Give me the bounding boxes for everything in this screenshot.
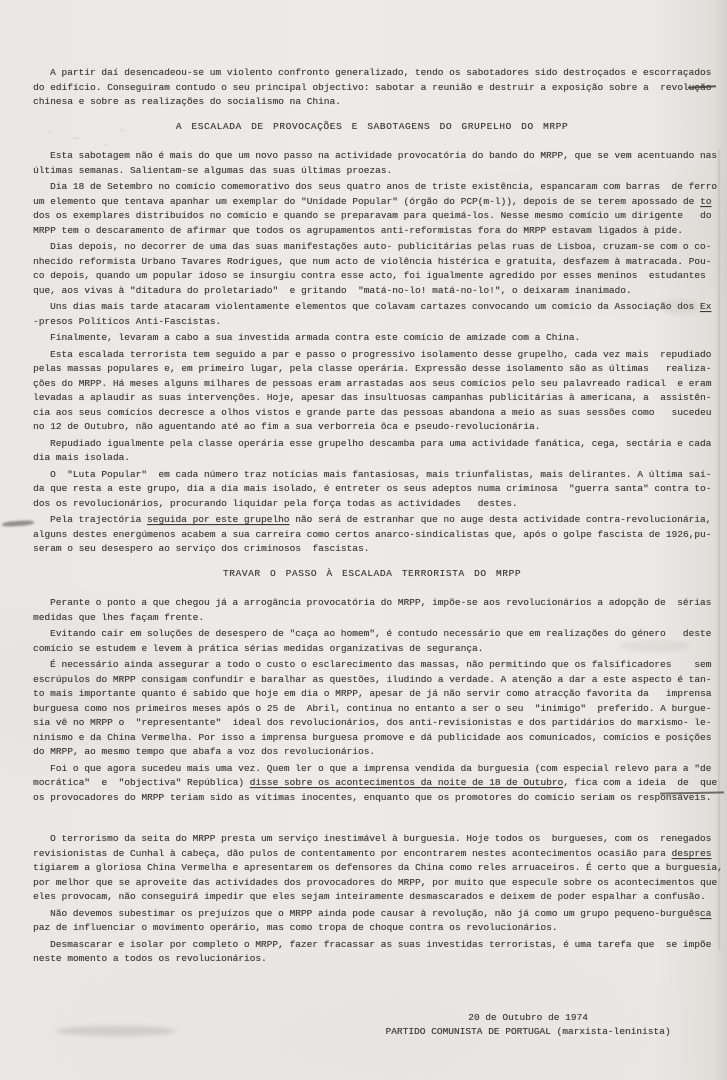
text-line: escrúpulos do MRPP consigam confundir e …: [33, 673, 711, 688]
paragraph: O "Luta Popular" em cada número traz not…: [33, 468, 711, 512]
paragraph: Evitando cair em soluções de desespero d…: [33, 627, 711, 656]
text-line: dos os revolucionários, procurando liqui…: [33, 497, 711, 512]
text-line: cia aos seus comícios decresce a olhos v…: [33, 406, 711, 421]
paragraph: Esta sabotagem não é mais do que um novo…: [33, 149, 711, 178]
paragraph: O terrorismo da seita do MRPP presta um …: [33, 832, 711, 905]
text-line: neste momento a todos os revolucionários…: [33, 952, 711, 967]
text-line: ções do MRPP. Há meses alguns milhares d…: [33, 377, 711, 392]
paragraph: A partir daí desencadeou-se um violento …: [33, 66, 711, 110]
text-segment: Pela trajectória: [50, 514, 147, 525]
text-line: Desmascarar e isolar por completo o MRPP…: [33, 938, 711, 953]
text-segment: Uns dias mais tarde atacaram violentamen…: [50, 301, 700, 312]
text-line: da que resta a este grupo, dia a dia mai…: [33, 482, 711, 497]
paragraph: Dia 18 de Setembro no comício comemorati…: [33, 180, 711, 238]
text-line: revisionistas de Cunhal à cabeça, dão pu…: [33, 847, 711, 862]
text-segment: , fica com a ideia de que: [563, 777, 717, 788]
signature-date: 20 de Outubro de 1974: [379, 1011, 677, 1026]
text-line: Pela trajectória seguida por este grupel…: [33, 513, 711, 528]
text-line: É necessário ainda assegurar a todo o cu…: [33, 658, 711, 673]
text-line: ninismo e da China Vermelha. Por isso a …: [33, 731, 711, 746]
text-line: mocrática" e "objectiva" República) diss…: [33, 776, 711, 791]
text-line: pelas massas populares e, em primeiro lu…: [33, 362, 711, 377]
text-line: chinesa e sobre as realizações do social…: [33, 95, 711, 110]
text-line: sia vê no MRPP o "representante" ideal d…: [33, 716, 711, 731]
paragraph: Dias depois, no decorrer de uma das suas…: [33, 240, 711, 298]
underlined-text-segment: seguida por este grupelho: [147, 514, 290, 525]
paragraph: Pela trajectória seguida por este grupel…: [33, 513, 711, 557]
underlined-text-segment: Ex: [700, 301, 711, 312]
text-line: Uns dias mais tarde atacaram violentamen…: [33, 300, 711, 315]
paragraph: Não devemos subestimar os prejuízos que …: [33, 907, 711, 936]
underlined-text-segment: ca: [700, 908, 711, 919]
paragraph: Foi o que agora sucedeu mais uma vez. Qu…: [33, 762, 711, 806]
text-line: Dia 18 de Setembro no comício comemorati…: [33, 180, 711, 195]
signature-organization: PARTIDO COMUNISTA DE PORTUGAL (marxista-…: [379, 1025, 677, 1040]
text-line: burguesa como nos primeiros meses após o…: [33, 702, 711, 717]
section-heading: TRAVAR O PASSO À ESCALADA TERRORISTA DO …: [33, 567, 711, 582]
text-line: Repudiado igualmente pela classe operári…: [33, 437, 711, 452]
text-line: do MRPP, ao mesmo tempo que abafa a voz …: [33, 745, 711, 760]
text-line: seram o seu desespero ao serviço dos cri…: [33, 542, 711, 557]
text-line: alguns destes energúmenos acabem a sua c…: [33, 528, 711, 543]
text-line: paz de influenciar o movimento operário,…: [33, 921, 711, 936]
text-line: dos os exemplares distribuídos no comíci…: [33, 209, 711, 224]
section-heading: A ESCALADA DE PROVOCAÇÕES E SABOTAGENS D…: [33, 120, 711, 135]
text-line: Finalmente, levaram a cabo a sua investi…: [33, 331, 711, 346]
text-line: Foi o que agora sucedeu mais uma vez. Qu…: [33, 762, 711, 777]
text-line: um elemento que tentava apanhar um exemp…: [33, 195, 711, 210]
text-segment: mocrática" e "objectiva" República): [33, 777, 250, 788]
text-segment: não será de estranhar que no auge desta …: [289, 514, 711, 525]
text-line: últimas semanas. Salientam-se algumas da…: [33, 164, 711, 179]
text-line: por melhor que se aproveite das activida…: [33, 876, 711, 891]
text-line: to mais importante quanto é sabido que h…: [33, 687, 711, 702]
underlined-text-segment: despres: [672, 848, 712, 859]
text-line: tigiarem a gloriosa China Vermelha e apr…: [33, 861, 711, 876]
paragraph: Uns dias mais tarde atacaram violentamen…: [33, 300, 711, 329]
paragraph: Repudiado igualmente pela classe operári…: [33, 437, 711, 466]
text-line: que, aos vivas à "ditadura do proletaria…: [33, 284, 711, 299]
margin-pen-mark: [2, 520, 34, 527]
text-line: O terrorismo da seita do MRPP presta um …: [33, 832, 711, 847]
text-segment: revisionistas de Cunhal à cabeça, dão pu…: [33, 848, 672, 859]
text-segment: Não devemos subestimar os prejuízos que …: [50, 908, 700, 919]
text-line: Esta escalada terrorista tem seguido a p…: [33, 348, 711, 363]
underlined-text-segment: to: [700, 196, 711, 207]
text-line: nhecido reformista Urbano Tavares Rodrig…: [33, 255, 711, 270]
text-line: Evitando cair em soluções de desespero d…: [33, 627, 711, 642]
paragraph: Esta escalada terrorista tem seguido a p…: [33, 348, 711, 435]
paragraph: Perante o ponto a que chegou já a arrogâ…: [33, 596, 711, 625]
text-line: do edifício. Conseguiram contudo o seu p…: [33, 81, 711, 96]
paragraph: Finalmente, levaram a cabo a sua investi…: [33, 331, 711, 346]
text-line: eles provocam, não conseguirá impedir qu…: [33, 890, 711, 905]
text-segment: um elemento que tentava apanhar um exemp…: [33, 196, 700, 207]
text-line: O "Luta Popular" em cada número traz not…: [33, 468, 711, 483]
text-line: Perante o ponto a que chegou já a arrogâ…: [33, 596, 711, 611]
scanned-document-page: A partir daí desencadeou-se um violento …: [0, 0, 727, 1080]
document-body: A partir daí desencadeou-se um violento …: [33, 66, 711, 1040]
text-line: dia mais isolada.: [33, 451, 711, 466]
text-line: MRPP tem o descaramento de afirmar que t…: [33, 224, 711, 239]
text-line: levadas a aplaudir as suas intervenções.…: [33, 391, 711, 406]
text-line: medidas que lhes façam frente.: [33, 611, 711, 626]
scan-edge-streak: [718, 150, 720, 950]
paragraph: Desmascarar e isolar por completo o MRPP…: [33, 938, 711, 967]
text-line: no 12 de Outubro, não aguentando até ao …: [33, 420, 711, 435]
text-line: Dias depois, no decorrer de uma das suas…: [33, 240, 711, 255]
text-line: Não devemos subestimar os prejuízos que …: [33, 907, 711, 922]
text-line: -presos Políticos Anti-Fascistas.: [33, 315, 711, 330]
text-line: os provocadores do MRPP teriam sido as v…: [33, 791, 711, 806]
text-line: A partir daí desencadeou-se um violento …: [33, 66, 711, 81]
text-line: Esta sabotagem não é mais do que um novo…: [33, 149, 711, 164]
underlined-text-segment: disse sobre os acontecimentos da noite d…: [250, 777, 564, 788]
text-line: co depois, quando um popular idoso se in…: [33, 269, 711, 284]
paragraph: É necessário ainda assegurar a todo o cu…: [33, 658, 711, 760]
signature-block: 20 de Outubro de 1974 PARTIDO COMUNISTA …: [379, 1011, 677, 1040]
text-line: comício se estudem e levem à prática sér…: [33, 642, 711, 657]
